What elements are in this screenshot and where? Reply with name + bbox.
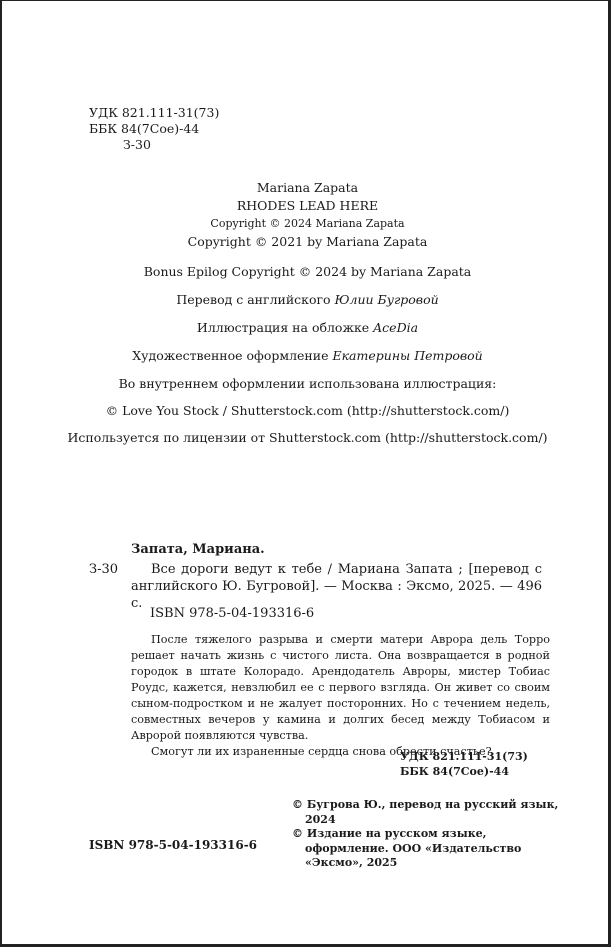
catalog-bbk: ББК 84(7Сое)-44 xyxy=(400,764,528,779)
translation-prefix: Перевод с английского xyxy=(176,292,334,307)
copyright-page: УДК 821.111-31(73) ББК 84(7Сое)-44 З-30 … xyxy=(0,0,611,947)
original-author: Mariana Zapata xyxy=(2,180,611,198)
interior-illustration-note: Во внутреннем оформлении использована ил… xyxy=(2,376,611,403)
designer-name: Екатерины Петровой xyxy=(332,348,482,363)
annotation-paragraph: После тяжелого разрыва и смерти матери А… xyxy=(131,632,550,744)
catalog-isbn: ISBN 978-5-04-193316-6 xyxy=(150,605,314,622)
catalog-udk: УДК 821.111-31(73) xyxy=(400,749,528,764)
translation-copyright: © Бугрова Ю., перевод на русский язык, 2… xyxy=(292,798,562,827)
annotation: После тяжелого разрыва и смерти матери А… xyxy=(131,632,550,760)
catalog-author-mark: З-30 xyxy=(89,561,118,578)
copyright-line-1: Copyright © 2024 Mariana Zapata xyxy=(2,217,611,234)
author-mark: З-30 xyxy=(89,137,219,153)
bbk-code: ББК 84(7Сое)-44 xyxy=(89,121,219,137)
catalog-author-heading: Запата, Мариана. xyxy=(131,542,265,558)
catalog-classification: УДК 821.111-31(73) ББК 84(7Сое)-44 xyxy=(400,749,528,779)
stock-credit: © Love You Stock / Shutterstock.com (htt… xyxy=(2,403,611,430)
copyright-line-2: Copyright © 2021 by Mariana Zapata xyxy=(2,234,611,264)
bonus-epilog-copyright: Bonus Epilog Copyright © 2024 by Mariana… xyxy=(2,264,611,292)
original-title: RHODES LEAD HERE xyxy=(2,198,611,217)
edition-copyright: © Издание на русском языке, оформление. … xyxy=(292,827,562,871)
cover-artist-name: AceDia xyxy=(373,320,418,335)
footer-copyrights: © Бугрова Ю., перевод на русский язык, 2… xyxy=(292,798,562,871)
cover-prefix: Иллюстрация на обложке xyxy=(197,320,373,335)
translation-credit: Перевод с английского Юлии Бугровой xyxy=(2,292,611,320)
translator-name: Юлии Бугровой xyxy=(335,292,439,307)
credits-block: Mariana Zapata RHODES LEAD HERE Copyrigh… xyxy=(2,180,611,457)
license-note: Используется по лицензии от Shutterstock… xyxy=(2,430,611,457)
cover-illustration-credit: Иллюстрация на обложке AceDia xyxy=(2,320,611,348)
footer-isbn: ISBN 978-5-04-193316-6 xyxy=(89,837,257,853)
udk-code: УДК 821.111-31(73) xyxy=(89,105,219,121)
top-classification: УДК 821.111-31(73) ББК 84(7Сое)-44 З-30 xyxy=(89,105,219,153)
design-prefix: Художественное оформление xyxy=(132,348,332,363)
design-credit: Художественное оформление Екатерины Петр… xyxy=(2,348,611,376)
